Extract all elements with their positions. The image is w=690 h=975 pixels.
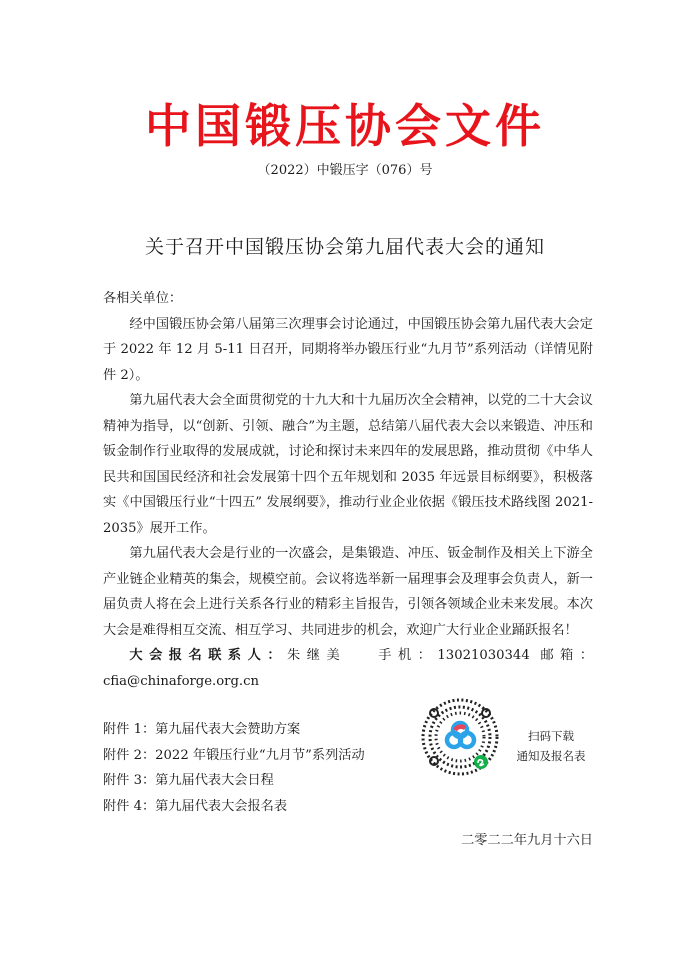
- contact-phone: 13021030344: [437, 648, 529, 663]
- attachment-item: 附件 1：第九届代表大会赞助方案: [103, 717, 365, 743]
- email-label: 邮箱：: [540, 648, 593, 663]
- contact-email[interactable]: cfia@chinaforge.org.cn: [103, 674, 259, 689]
- qr-caption-line1: 扫码下载: [501, 726, 601, 746]
- phone-label: 手机：: [378, 648, 437, 663]
- document-number: （2022）中锻压字（076）号: [0, 161, 690, 181]
- paragraph-2: 第九届代表大会全面贯彻党的十九大和十九届历次全会精神，以党的二十大会议精神为指导…: [103, 388, 593, 541]
- notice-title: 关于召开中国锻压协会第九届代表大会的通知: [0, 234, 690, 260]
- contact-line: 大会报名联系人：朱继美 手机：13021030344 邮箱：cfia@china…: [103, 643, 593, 694]
- issue-date: 二零二二年九月十六日: [461, 831, 593, 851]
- attachment-list: 附件 1：第九届代表大会赞助方案 附件 2：2022 年锻压行业“九月节”系列活…: [103, 717, 365, 819]
- contact-name: 朱继美: [287, 648, 346, 663]
- qr-caption-line2: 通知及报名表: [501, 746, 601, 766]
- attachment-item: 附件 3：第九届代表大会日程: [103, 768, 365, 794]
- salutation: 各相关单位：: [103, 286, 593, 312]
- notice-body: 各相关单位： 经中国锻压协会第八届第三次理事会讨论通过，中国锻压协会第九届代表大…: [103, 286, 593, 694]
- attachment-item: 附件 2：2022 年锻压行业“九月节”系列活动: [103, 743, 365, 769]
- paragraph-1: 经中国锻压协会第八届第三次理事会讨论通过，中国锻压协会第九届代表大会定于 202…: [103, 312, 593, 389]
- paragraph-3: 第九届代表大会是行业的一次盛会，是集锻造、冲压、钣金制作及相关上下游全产业链企业…: [103, 541, 593, 643]
- qr-code-icon: [419, 697, 501, 777]
- org-document-title: 中国锻压协会文件: [0, 98, 690, 154]
- qr-caption: 扫码下载 通知及报名表: [501, 726, 601, 766]
- contact-label: 大会报名联系人：: [129, 648, 287, 663]
- attachment-item: 附件 4：第九届代表大会报名表: [103, 794, 365, 820]
